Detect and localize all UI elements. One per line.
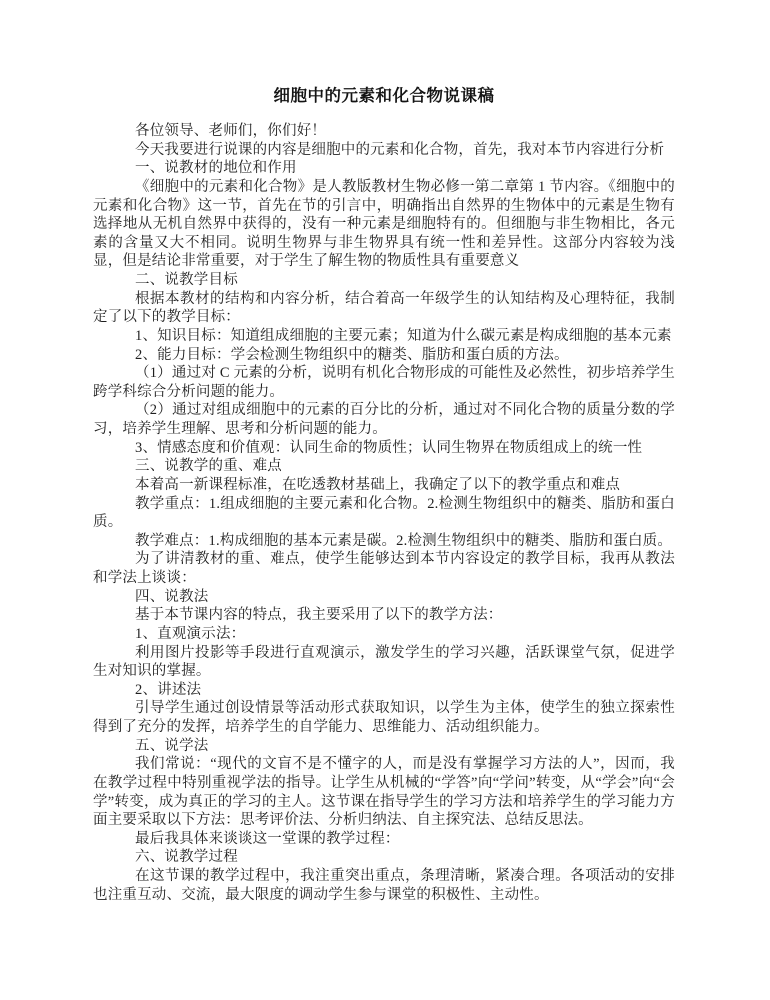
paragraph: 今天我要进行说课的内容是细胞中的元素和化合物，首先，我对本节内容进行分析 — [93, 141, 675, 160]
paragraph: 根据本教材的结构和内容分析，结合着高一年级学生的认知结构及心理特征，我制定了以下… — [93, 290, 675, 327]
list-subitem-1: （1）通过对 C 元素的分析，说明有机化合物形成的可能性及必然性，初步培养学生跨… — [93, 364, 675, 401]
section-heading-2: 二、说教学目标 — [93, 271, 675, 290]
section-heading-1: 一、说教材的地位和作用 — [93, 159, 675, 178]
paragraph-difficulty: 教学难点：1.构成细胞的基本元素是碳。2.检测生物组织中的糖类、脂肪和蛋白质。 — [93, 532, 675, 551]
paragraph: 基于本节课内容的特点，我主要采用了以下的教学方法： — [93, 606, 675, 625]
paragraph: 最后我具体来谈谈这一堂课的教学过程： — [93, 830, 675, 849]
list-subitem-2: （2）通过对组成细胞中的元素的百分比的分析，通过对不同化合物的质量分数的学习，培… — [93, 401, 675, 438]
paragraph: 利用图片投影等手段进行直观演示，激发学生的学习兴趣，活跃课堂气氛，促进学生对知识… — [93, 644, 675, 681]
paragraph-greeting: 各位领导、老师们，你们好！ — [93, 122, 675, 141]
section-heading-3: 三、说教学的重、难点 — [93, 457, 675, 476]
section-heading-6: 六、说教学过程 — [93, 848, 675, 867]
list-item-knowledge: 1、知识目标：知道组成细胞的主要元素；知道为什么碳元素是构成细胞的基本元素 — [93, 327, 675, 346]
list-item-method-2: 2、讲述法 — [93, 681, 675, 700]
list-item-affect: 3、情感态度和价值观：认同生命的物质性；认同生物界在物质组成上的统一性 — [93, 439, 675, 458]
paragraph: 本着高一新课程标准，在吃透教材基础上，我确定了以下的教学重点和难点 — [93, 476, 675, 495]
paragraph-key-points: 教学重点：1.组成细胞的主要元素和化合物。2.检测生物组织中的糖类、脂肪和蛋白质… — [93, 495, 675, 532]
section-heading-5: 五、说学法 — [93, 737, 675, 756]
paragraph: 《细胞中的元素和化合物》是人教版教材生物必修一第二章第 1 节内容。《细胞中的元… — [93, 178, 675, 271]
list-item-method-1: 1、直观演示法： — [93, 625, 675, 644]
paragraph: 为了讲清教材的重、难点，使学生能够达到本节内容设定的教学目标，我再从教法和学法上… — [93, 550, 675, 587]
document-title: 细胞中的元素和化合物说课稿 — [93, 84, 675, 108]
section-heading-4: 四、说教法 — [93, 588, 675, 607]
paragraph: 我们常说：“现代的文盲不是不懂字的人，而是没有掌握学习方法的人”，因而，我在教学… — [93, 755, 675, 830]
paragraph: 引导学生通过创设情景等活动形式获取知识，以学生为主体，使学生的独立探索性得到了充… — [93, 699, 675, 736]
document-page: 细胞中的元素和化合物说课稿 各位领导、老师们，你们好！ 今天我要进行说课的内容是… — [0, 0, 770, 1000]
document-body: 各位领导、老师们，你们好！ 今天我要进行说课的内容是细胞中的元素和化合物，首先，… — [93, 122, 675, 904]
paragraph: 在这节课的教学过程中，我注重突出重点，条理清晰，紧凑合理。各项活动的安排也注重互… — [93, 867, 675, 904]
list-item-ability: 2、能力目标：学会检测生物组织中的糖类、脂肪和蛋白质的方法。 — [93, 346, 675, 365]
